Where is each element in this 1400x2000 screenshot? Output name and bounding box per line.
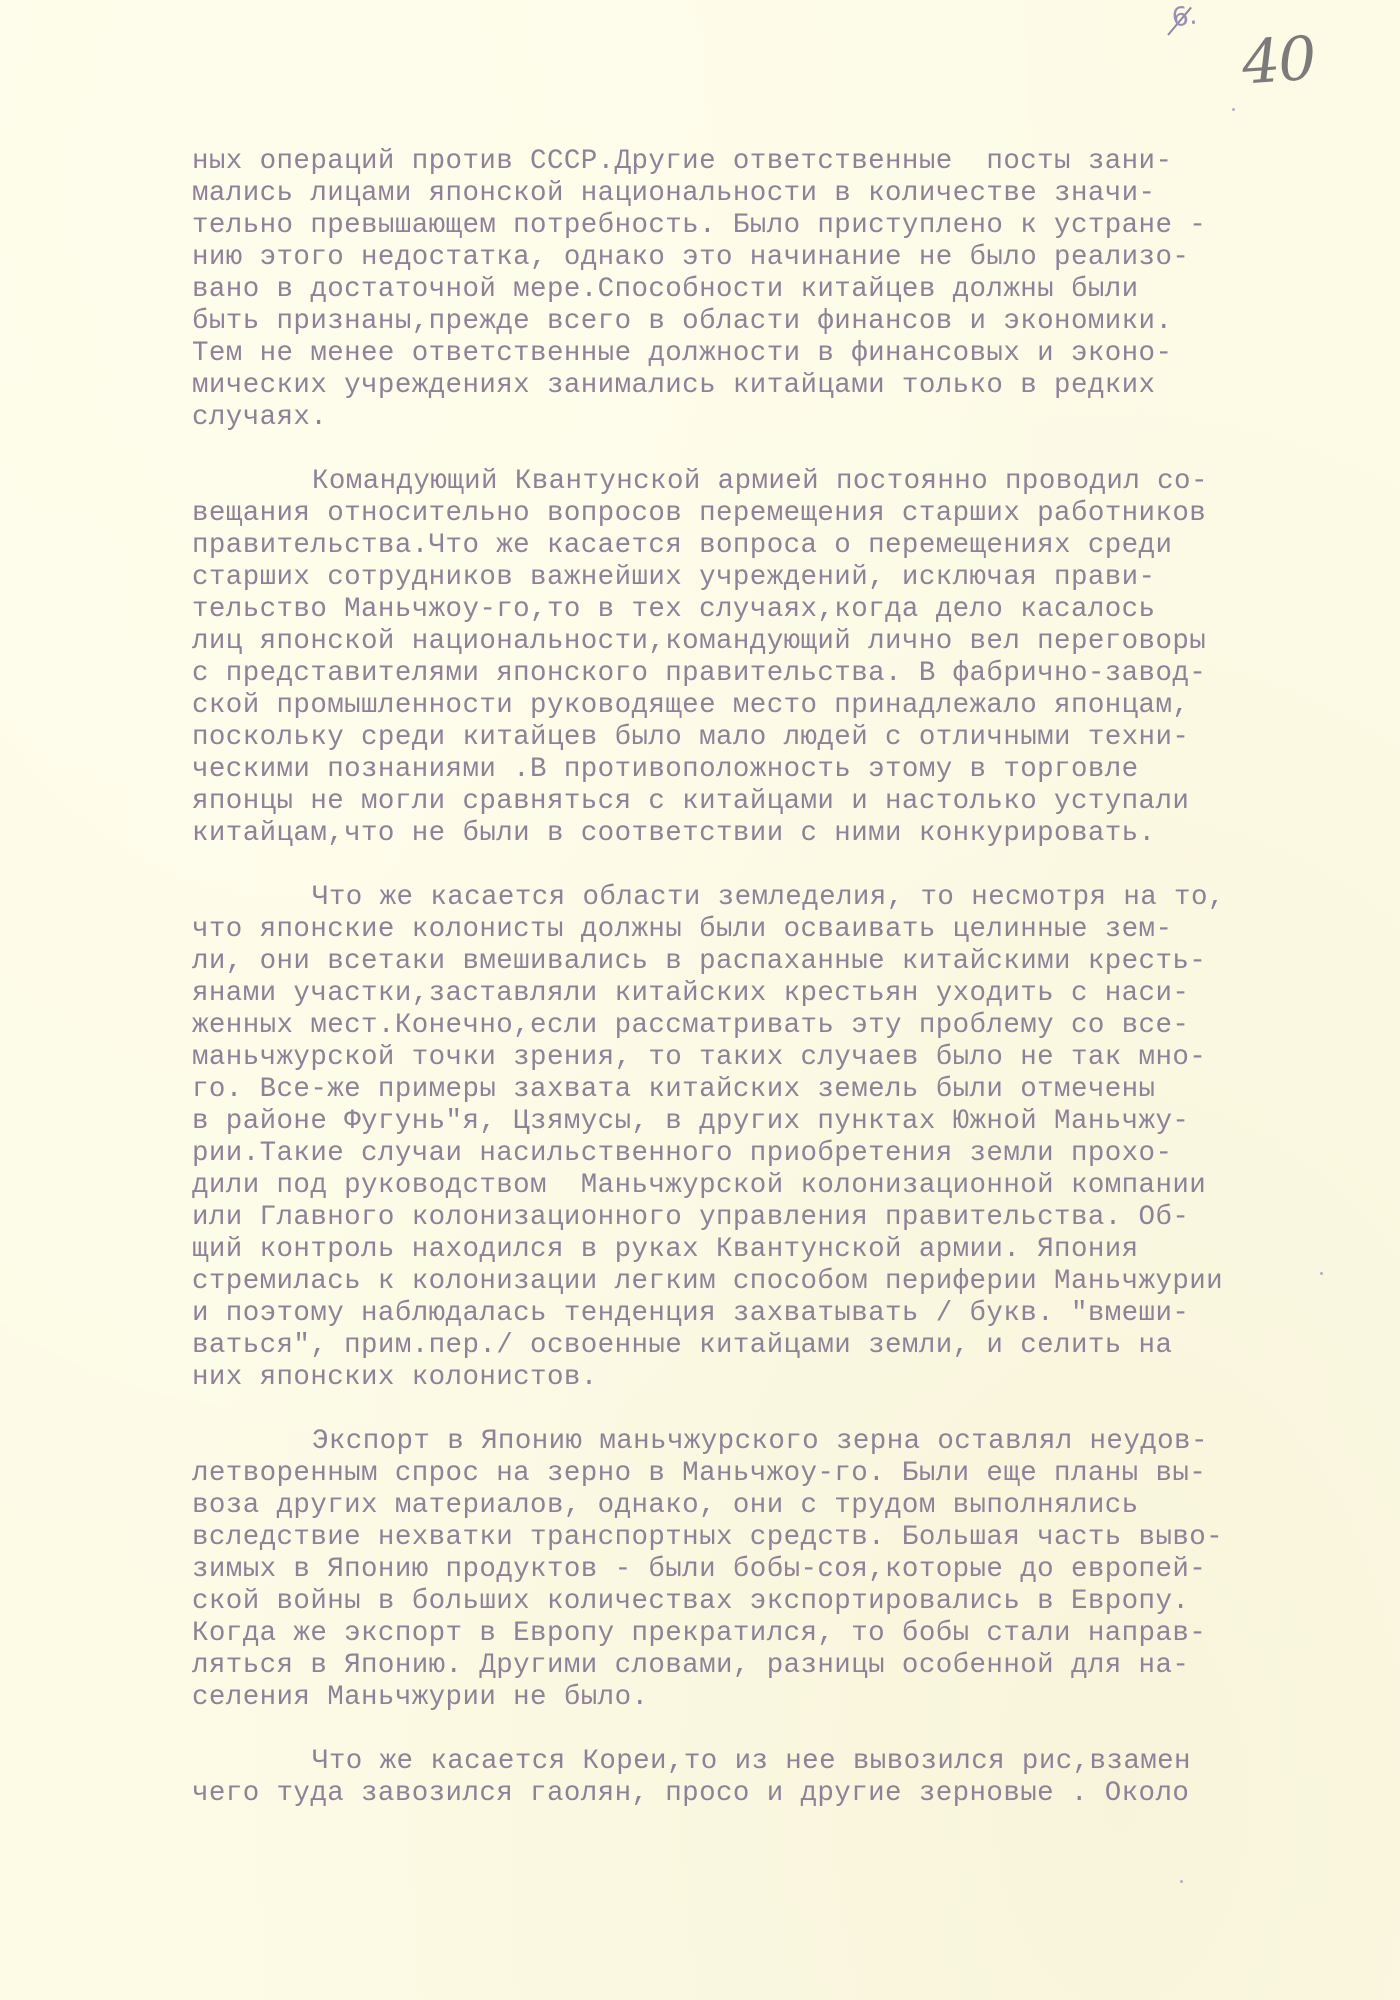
text-line: поскольку среди китайцев было мало людей… bbox=[192, 722, 1400, 754]
text-line: китайцам,что не были в соответствии с ни… bbox=[192, 818, 1400, 850]
text-line: щий контроль находился в руках Квантунск… bbox=[192, 1234, 1400, 1266]
handwritten-page-number: 40 bbox=[1240, 24, 1317, 99]
text-line: тельство Маньчжоу-го,то в тех случаях,ко… bbox=[192, 594, 1400, 626]
ink-speck bbox=[1232, 108, 1235, 111]
text-line: маньчжурской точки зрения, то таких случ… bbox=[192, 1042, 1400, 1074]
paragraph: Что же касается области земледелия, то н… bbox=[192, 882, 1400, 1394]
text-line: селения Маньчжурии не было. bbox=[192, 1682, 1400, 1714]
text-line: Тем не менее ответственные должности в ф… bbox=[192, 338, 1400, 370]
folio-mark: 6. bbox=[1170, 0, 1199, 33]
text-line: стремилась к колонизации легким способом… bbox=[192, 1266, 1400, 1298]
text-line: чего туда завозился гаолян, просо и друг… bbox=[192, 1778, 1400, 1810]
text-line: Что же касается Кореи,то из нее вывозилс… bbox=[192, 1746, 1400, 1778]
text-line: Что же касается области земледелия, то н… bbox=[192, 882, 1400, 914]
text-line: воза других материалов, однако, они с тр… bbox=[192, 1490, 1400, 1522]
text-line: мических учреждениях занимались китайцам… bbox=[192, 370, 1400, 402]
ink-speck bbox=[1320, 1272, 1323, 1275]
text-line: нию этого недостатка, однако это начинан… bbox=[192, 242, 1400, 274]
text-line: правительства.Что же касается вопроса о … bbox=[192, 530, 1400, 562]
text-line: вещания относительно вопросов перемещени… bbox=[192, 498, 1400, 530]
text-line: го. Все-же примеры захвата китайских зем… bbox=[192, 1074, 1400, 1106]
text-line: Когда же экспорт в Европу прекратился, т… bbox=[192, 1618, 1400, 1650]
text-line: ской войны в больших количествах экспорт… bbox=[192, 1586, 1400, 1618]
document-page: 6. 40 ных операций против СССР.Другие от… bbox=[0, 0, 1400, 2000]
text-line: лиц японской национальности,командующий … bbox=[192, 626, 1400, 658]
text-line: ли, они всетаки вмешивались в распаханны… bbox=[192, 946, 1400, 978]
text-line: вследствие нехватки транспортных средств… bbox=[192, 1522, 1400, 1554]
text-line: с представителями японского правительств… bbox=[192, 658, 1400, 690]
text-line: ческими познаниями .В противоположность … bbox=[192, 754, 1400, 786]
text-line: летворенным спрос на зерно в Маньчжоу-го… bbox=[192, 1458, 1400, 1490]
text-line: и поэтому наблюдалась тенденция захватыв… bbox=[192, 1298, 1400, 1330]
text-line: ской промышленности руководящее место пр… bbox=[192, 690, 1400, 722]
text-line: Командующий Квантунской армией постоянно… bbox=[192, 466, 1400, 498]
ink-speck bbox=[1180, 1880, 1183, 1883]
text-line: вано в достаточной мере.Способности кита… bbox=[192, 274, 1400, 306]
text-line: ваться", прим.пер./ освоенные китайцами … bbox=[192, 1330, 1400, 1362]
text-line: женных мест.Конечно,если рассматривать э… bbox=[192, 1010, 1400, 1042]
text-line: старших сотрудников важнейших учреждений… bbox=[192, 562, 1400, 594]
paragraph: ных операций против СССР.Другие ответств… bbox=[192, 146, 1400, 434]
text-line: янами участки,заставляли китайских крест… bbox=[192, 978, 1400, 1010]
text-line: быть признаны,прежде всего в области фин… bbox=[192, 306, 1400, 338]
text-line: них японских колонистов. bbox=[192, 1362, 1400, 1394]
typewritten-text: ных операций против СССР.Другие ответств… bbox=[192, 146, 1400, 1810]
text-line: ных операций против СССР.Другие ответств… bbox=[192, 146, 1400, 178]
text-line: зимых в Японию продуктов - были бобы-соя… bbox=[192, 1554, 1400, 1586]
text-line: рии.Такие случаи насильственного приобре… bbox=[192, 1138, 1400, 1170]
text-line: мались лицами японской национальности в … bbox=[192, 178, 1400, 210]
text-line: в районе Фугунь"я, Цзямусы, в других пун… bbox=[192, 1106, 1400, 1138]
text-line: случаях. bbox=[192, 402, 1400, 434]
text-line: ляться в Японию. Другими словами, разниц… bbox=[192, 1650, 1400, 1682]
text-line: дили под руководством Маньчжурской колон… bbox=[192, 1170, 1400, 1202]
paragraph: Командующий Квантунской армией постоянно… bbox=[192, 466, 1400, 850]
text-line: японцы не могли сравняться с китайцами и… bbox=[192, 786, 1400, 818]
text-line: тельно превышающем потребность. Было при… bbox=[192, 210, 1400, 242]
text-line: Экспорт в Японию маньчжурского зерна ост… bbox=[192, 1426, 1400, 1458]
paragraph: Экспорт в Японию маньчжурского зерна ост… bbox=[192, 1426, 1400, 1714]
text-line: что японские колонисты должны были осваи… bbox=[192, 914, 1400, 946]
text-line: или Главного колонизационного управления… bbox=[192, 1202, 1400, 1234]
paragraph: Что же касается Кореи,то из нее вывозилс… bbox=[192, 1746, 1400, 1810]
